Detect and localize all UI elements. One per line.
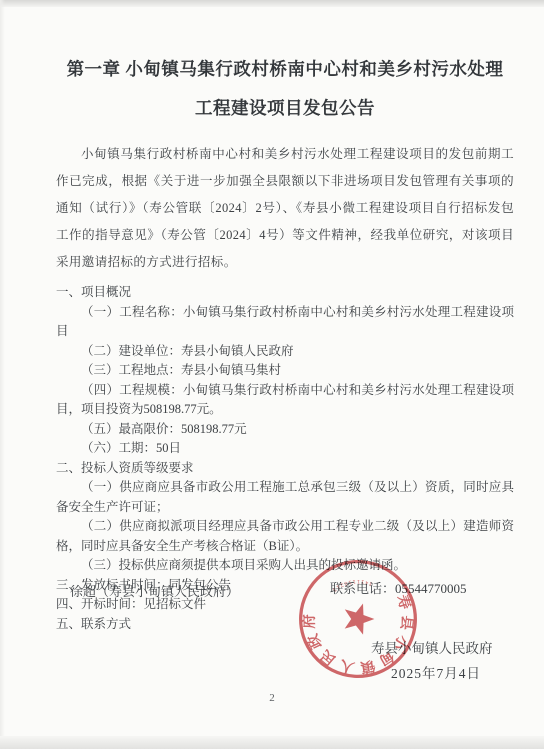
- body-line: （一）供应商应具备市政公用工程施工总承包三级（及以上）资质，同时应具备安全生产许…: [56, 478, 514, 517]
- body-line: 二、投标人资质等级要求: [56, 459, 514, 479]
- seal-org-text: 寿县小甸镇人民政府: [295, 576, 421, 682]
- body-line: （三）工程地点：寿县小甸镇马集村: [56, 361, 514, 381]
- star-icon: [339, 602, 378, 640]
- page-number: 2: [0, 692, 544, 704]
- contact-person: 徐超（寿县小甸镇人民政府）: [70, 581, 239, 600]
- scanned-document-page: 第一章 小甸镇马集行政村桥南中心村和美乡村污水处理工程建设项目发包公告 小甸镇马…: [0, 0, 544, 749]
- body-line: （五）最高限价：508198.77元: [56, 420, 514, 440]
- body-line: （二）建设单位：寿县小甸镇人民政府: [56, 342, 514, 362]
- body-line: （六）工期：50日: [56, 439, 514, 459]
- body-line: （一）工程名称：小甸镇马集行政村桥南中心村和美乡村污水处理工程建设项目: [56, 303, 514, 342]
- seal-serial-number: 3411110213: [329, 572, 375, 599]
- document-content: 第一章 小甸镇马集行政村桥南中心村和美乡村污水处理工程建设项目发包公告 小甸镇马…: [0, 0, 544, 634]
- body-line: （二）供应商拟派项目经理应具备市政公用工程专业二级（及以上）建造师资格，同时应具…: [56, 517, 514, 556]
- scan-edge-bottom: [0, 736, 544, 749]
- intro-paragraph: 小甸镇马集行政村桥南中心村和美乡村污水处理工程建设项目的发包前期工作已完成，根据…: [56, 141, 514, 276]
- body-line: （四）工程规模：小甸镇马集行政村桥南中心村和美乡村污水处理工程建设项目，项目投资…: [56, 381, 514, 420]
- chapter-title: 第一章 小甸镇马集行政村桥南中心村和美乡村污水处理工程建设项目发包公告: [62, 50, 508, 128]
- body-line: 一、项目概况: [56, 283, 514, 303]
- official-seal-stamp: 寿县小甸镇人民政府 3411110213: [295, 556, 421, 682]
- body-line: （三）投标供应商须提供本项目采购人出具的投标邀请函。: [56, 556, 514, 576]
- body-line: 五、联系方式: [56, 615, 514, 635]
